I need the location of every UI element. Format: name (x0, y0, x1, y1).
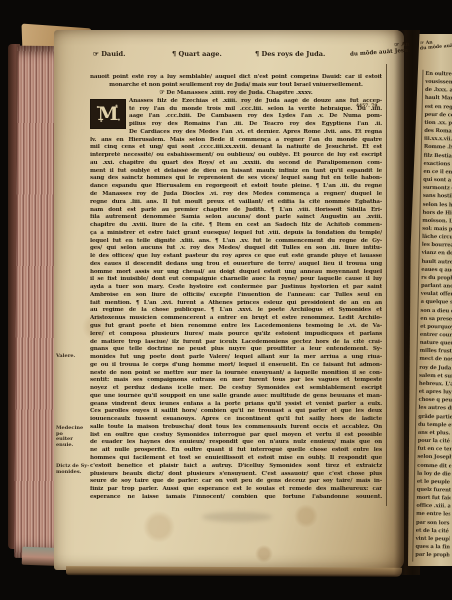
main-book-page: ☞ Dauid. ¶ Quart aage. ¶ Des roys de Jud… (54, 30, 404, 570)
body-text-line: que une iournée qu'il souppoit en une sa… (90, 393, 382, 401)
running-head-section: ☞ Dauid. (93, 50, 125, 58)
body-text-line: finiz par trop parler. Aussi que esperan… (90, 486, 382, 494)
edge-fragment-line: comme dit est (417, 461, 451, 470)
body-text-line: Ambroise en son liure de officiis/ excep… (90, 292, 382, 300)
body-text-line: interpreté necessité/ ou esbahissement/ … (90, 152, 382, 160)
chapter-heading: ☞ De Manasses .xiiii. roy de Juda. Chapi… (90, 90, 382, 97)
drop-cap-letter: M (97, 103, 118, 125)
body-text-line: mil cinq cens et ung/ qui sont .cccc.iii… (90, 144, 382, 152)
body-text-line: plusieurs beaulx dictz/ dont plusieurs s… (90, 471, 382, 479)
edge-fragment-line: me entre les L (416, 510, 450, 519)
body-text-line: seure de soy taire que de parler: car on… (90, 478, 382, 486)
edge-fragment-line: vianz en deux p (422, 249, 452, 258)
edge-fragment-line: sans hostilité (423, 192, 452, 201)
margin-note-line: euiter enuie. (56, 437, 90, 448)
margin-note-line: monides. (56, 470, 90, 476)
body-text-line: aage l'an .ccc.lxiii. De Cambasen roy de… (129, 113, 382, 121)
edge-fragment-line: a quelque semb (421, 298, 452, 307)
edge-fragment-line: Romme .lxxx. (424, 143, 452, 152)
body-text-line: nam dont est parlé au premier chapitre d… (90, 207, 382, 215)
body-text-line: Aristoxenus musicien commencerent a entr… (90, 315, 382, 323)
edge-fragment-line: hault Manass (425, 94, 452, 103)
body-text-line: de euader les haynes des enuieux/ respon… (90, 439, 382, 447)
running-head-title: ¶ Des roys de Juda. (255, 50, 325, 58)
body-text-line: chapitre du .xviii. liure de la cité. ¶ … (90, 222, 382, 230)
body-text-line: Ces parolles ouyes il saillit hors/ comb… (90, 408, 382, 416)
edge-fragment-line: selon Josephus (417, 453, 451, 462)
edge-fragment-line: par le prophete (415, 551, 449, 560)
body-text-line: ça a ministrer et estre faict grant eues… (90, 230, 382, 238)
body-text-line: ges/ qui selon aucuns fut .v. roy des Me… (90, 245, 382, 253)
body-text: M Anasses filz de Ezechias et .xiiii. ro… (90, 98, 382, 502)
edge-fragment-line: les autres disoi (418, 404, 452, 413)
body-text-line: regne dura .liii. ans. Il fut moult preu… (90, 199, 382, 207)
ink-showthrough-smudge (202, 512, 272, 522)
edge-fragment-line: mect de nostre (419, 355, 452, 364)
woodcut-initial-M: M (90, 99, 126, 129)
text-column: nauoit point esté roy a luy semblable/ a… (90, 74, 382, 502)
body-text-line: té roy l'an du monde trois mil .ccc.liii… (129, 106, 382, 114)
body-text-line: au .xxi. chapitre du quart des Roys/ et … (90, 160, 382, 168)
body-text-line: au regime de la chose publicque. ¶ L'an … (90, 307, 382, 315)
body-text-line: ayda a tuer son mary. Ceste hystoire est… (90, 284, 382, 292)
margin-note-valere: Valere. (56, 354, 90, 360)
margin-note-dictz: Dictz de Sy- monides. (56, 464, 90, 475)
body-text-line: esperance ne laisse iamais l'innocent/ c… (90, 494, 382, 502)
margin-column-rule (386, 64, 387, 506)
body-text-line: Anasses filz de Ezechias et .xiiii. roy … (129, 98, 382, 106)
body-text-line: lequel fut en telle dignité .xliii. ans.… (90, 238, 382, 246)
body-text-line: il se fist inuisible/ dont eut compaigni… (90, 276, 382, 284)
body-text-line: gus fut grant poete et bien renommé entr… (90, 323, 382, 331)
body-text-line: De Cardiaces roy des Medes l'an .vi. et … (129, 129, 382, 137)
body-text-line: fila autrement denommée Samia selon aucu… (90, 214, 382, 222)
body-text-line: lere/ et composa plusieurs liures/ mais … (90, 331, 382, 339)
body-text-line: lv. ans en Hierusalem. Mais selon Bede i… (90, 137, 382, 145)
body-text-line: c'estoit benefice et plaisir faict a aut… (90, 463, 382, 471)
next-leaf-header-line2: du mōde auāt Jesuchrist. (420, 44, 452, 52)
body-text-line: nesté de non point se mettre sur mer la … (90, 370, 382, 378)
body-text-line: dance espandu que Hierusalem en regorgeo… (90, 183, 382, 191)
intro-line: monarche et non point seullement roy de … (90, 82, 382, 90)
body-text-line: homme mort assis sur ung cheual/ au doig… (90, 269, 382, 277)
body-text-line: list en oultre que cestuy Symonides inte… (90, 432, 382, 440)
margin-note-medecine: Medecine po euiter enuie. (56, 426, 90, 448)
intro-line: nauoit point esté roy a luy semblable/ a… (90, 74, 382, 82)
book-photo-scene: ☞ Dauid. ¶ Quart aage. ¶ Des roys de Jud… (0, 0, 452, 600)
body-text-line: ne ait nulle prosperité. En oultre quant… (90, 447, 382, 455)
body-text-line: de matiere trop lasciue/ ilz furent par … (90, 339, 382, 347)
body-text-line: sentit: mais ses compaignons entrans en … (90, 377, 382, 385)
edge-fragment-line: son a dieu q a la (420, 306, 452, 315)
edge-fragment-line: selon les hebrie (423, 200, 452, 209)
body-text-line: iouuenceaulx fussent esuanouys. Apres ce… (90, 416, 382, 424)
running-head-age: ¶ Quart aage. (172, 50, 222, 58)
body-text-line: ge ou il trouua le corps d'ung homme mor… (90, 362, 382, 370)
next-leaf-content: ☞ An du mōde auāt Jesuchrist. En oultre … (414, 40, 452, 52)
body-text-line: fait mention. ¶ L'an .xvi. furent a Athe… (90, 300, 382, 308)
body-text-line: ment il fut oublyé et delaissé de dieu e… (90, 168, 382, 176)
body-text-line: lé des offices/ que luy estant pasteur d… (90, 253, 382, 261)
body-text-line: hommes qui facilement et tost se enuieil… (90, 455, 382, 463)
body-text-line: de Manasses roy de Juda Diocles .vi. roy… (90, 191, 382, 199)
body-text-line: geans vindrent deux ieunes enfans a la p… (90, 401, 382, 409)
body-text-line: sang des sainctz hommes qui le reprenoie… (90, 175, 382, 183)
body-text-line: noyez et perduz dedans icelle mer. De ce… (90, 385, 382, 393)
page-bottom-edge (66, 566, 402, 577)
body-text-line: gnans que telle doctrine ne peust plus n… (90, 346, 382, 354)
body-text-line: monides fut ung poete dont parle Valere/… (90, 354, 382, 362)
body-text-line: pilius roy des Romains l'an .iii. De Tea… (129, 121, 382, 129)
body-text-line: des eaues il descendit dedans ung trou e… (90, 261, 382, 269)
body-text-line: salle toute la maison trebuscha/ dont to… (90, 424, 382, 432)
